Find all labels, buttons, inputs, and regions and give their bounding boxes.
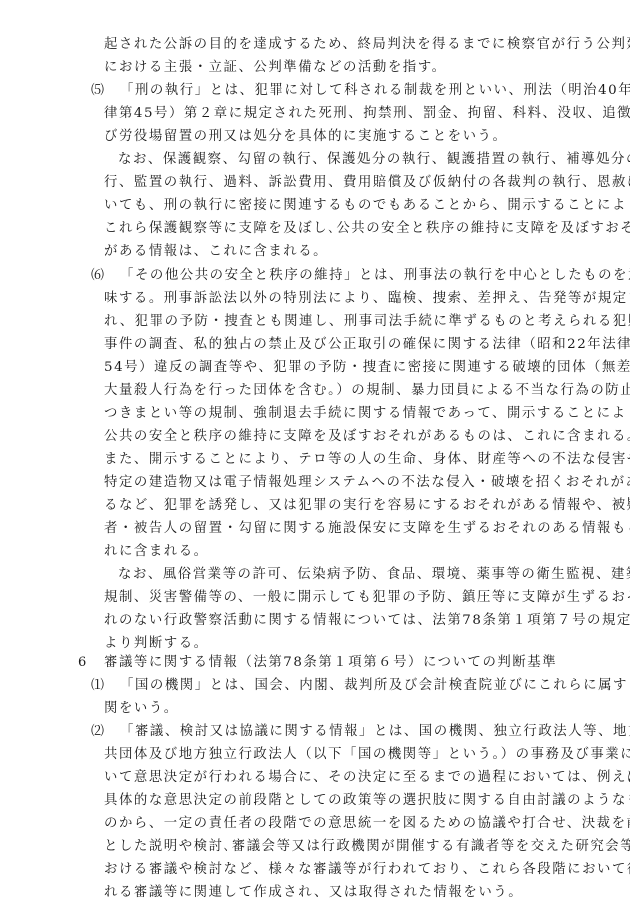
item-5-line: いても、刑の執行に密接に関連するものでもあることから、開示することにより、	[104, 195, 630, 217]
item-marker-5: ⑸	[91, 80, 104, 102]
item-6-line: 54号）違反の調査等や、犯罪の予防・捜査に密接に関連する破壊的団体（無差別	[104, 357, 630, 379]
item-5-line: なお、保護観察、勾留の執行、保護処分の執行、観護措置の執行、補導処分の執	[118, 149, 630, 171]
item-5-line: これら保護観察等に支障を及ぼし､公共の安全と秩序の維持に支障を及ぼすおそれ	[104, 218, 630, 240]
item-6-line: また、開示することにより、テロ等の人の生命、身体、財産等への不法な侵害や、	[104, 449, 630, 471]
item-2-line: 共団体及び地方独立行政法人（以下「国の機関等」という。）の事務及び事業につ	[104, 744, 630, 766]
item-2-line: 「審議、検討又は協議に関する情報」とは、国の機関、独立行政法人等、地方公	[120, 721, 630, 743]
paragraph-line: における主張・立証、公判準備などの活動を指す。	[104, 57, 447, 79]
item-6-line: 特定の建造物又は電子情報処理システムへの不法な侵入・破壊を招くおそれがあ	[104, 472, 630, 494]
paragraph-line: 起された公訴の目的を達成するため、終局判決を得るまでに検察官が行う公判廷	[104, 34, 630, 56]
item-2-line: 具体的な意思決定の前段階としての政策等の選択肢に関する自由討議のようなも	[104, 790, 630, 812]
item-marker-1: ⑴	[91, 675, 104, 697]
item-6-line: るなど、犯罪を誘発し、又は犯罪の実行を容易にするおそれがある情報や、被疑	[104, 495, 630, 517]
item-6-line: 者・被告人の留置・勾留に関する施設保安に支障を生ずるおそれのある情報もこ	[104, 518, 630, 540]
item-2-line: のから、一定の責任者の段階での意思統一を図るための協議や打合せ、決裁を前提	[104, 813, 630, 835]
item-6-line: なお、風俗営業等の許可、伝染病予防、食品、環境、薬事等の衛生監視、建築	[118, 564, 630, 586]
item-6-line: 事件の調査、私的独占の禁止及び公正取引の確保に関する法律（昭和22年法律第	[104, 334, 630, 356]
item-5-line: 「刑の執行」とは、犯罪に対して科される制裁を刑といい、刑法（明治40年法	[120, 80, 630, 102]
item-2-line: れる審議等に関連して作成され、又は取得された情報をいう。	[104, 882, 523, 903]
item-5-line: がある情報は、これに含まれる。	[104, 241, 328, 263]
item-2-line: とした説明や検討､審議会等又は行政機関が開催する有識者等を交えた研究会等に	[104, 836, 630, 858]
item-marker-6: ⑹	[91, 265, 104, 287]
item-marker-2: ⑵	[91, 721, 104, 743]
item-6-line: 味する。刑事訴訟法以外の特別法により、臨検、捜索、差押え、告発等が規定さ	[104, 288, 630, 310]
item-6-line: れに含まれる。	[104, 541, 209, 563]
item-6-line: つきまとい等の規制、強制退去手続に関する情報であって、開示することにより、	[104, 403, 630, 425]
item-6-line: 「その他公共の安全と秩序の維持」とは、刑事法の執行を中心としたものを意	[120, 265, 630, 287]
item-5-line: 律第45号）第２章に規定された死刑、拘禁刑、罰金、拘留、科料、没収、追徴及	[104, 103, 630, 125]
item-6-line: れのない行政警察活動に関する情報については、法第78条第１項第７号の規定に	[104, 610, 630, 632]
item-6-line: れ、犯罪の予防・捜査とも関連し、刑事司法手続に準ずるものと考えられる犯則	[104, 311, 630, 333]
item-2-line: おける審議や検討など、様々な審議等が行われており、これら各段階において行わ	[104, 859, 630, 881]
item-6-line: 規制、災害警備等の、一般に開示しても犯罪の予防、鎮圧等に支障が生ずるおそ	[104, 587, 630, 609]
item-5-line: び労役場留置の刑又は処分を具体的に実施することをいう。	[104, 126, 507, 148]
item-5-line: 行、監置の執行、過料、訴訟費用、費用賠償及び仮納付の各裁判の執行、恩赦につ	[104, 172, 630, 194]
item-1-line: 「国の機関」とは、国会、内閣、裁判所及び会計検査院並びにこれらに属する機	[120, 675, 630, 697]
section-heading: 審議等に関する情報（法第78条第１項第６号）についての判断基準	[104, 652, 557, 674]
item-6-line: 公共の安全と秩序の維持に支障を及ぼすおそれがあるものは、これに含まれる。	[104, 426, 630, 448]
item-1-line: 関をいう。	[104, 698, 179, 720]
section-number-6: 6	[78, 652, 86, 674]
document-page: 起された公訴の目的を達成するため、終局判決を得るまでに検察官が行う公判廷 におけ…	[0, 0, 630, 903]
item-2-line: いて意思決定が行われる場合に、その決定に至るまでの過程においては、例えば、	[104, 767, 630, 789]
item-6-line: 大量殺人行為を行った団体を含む。）の規制、暴力団員による不当な行為の防止、	[104, 380, 630, 402]
